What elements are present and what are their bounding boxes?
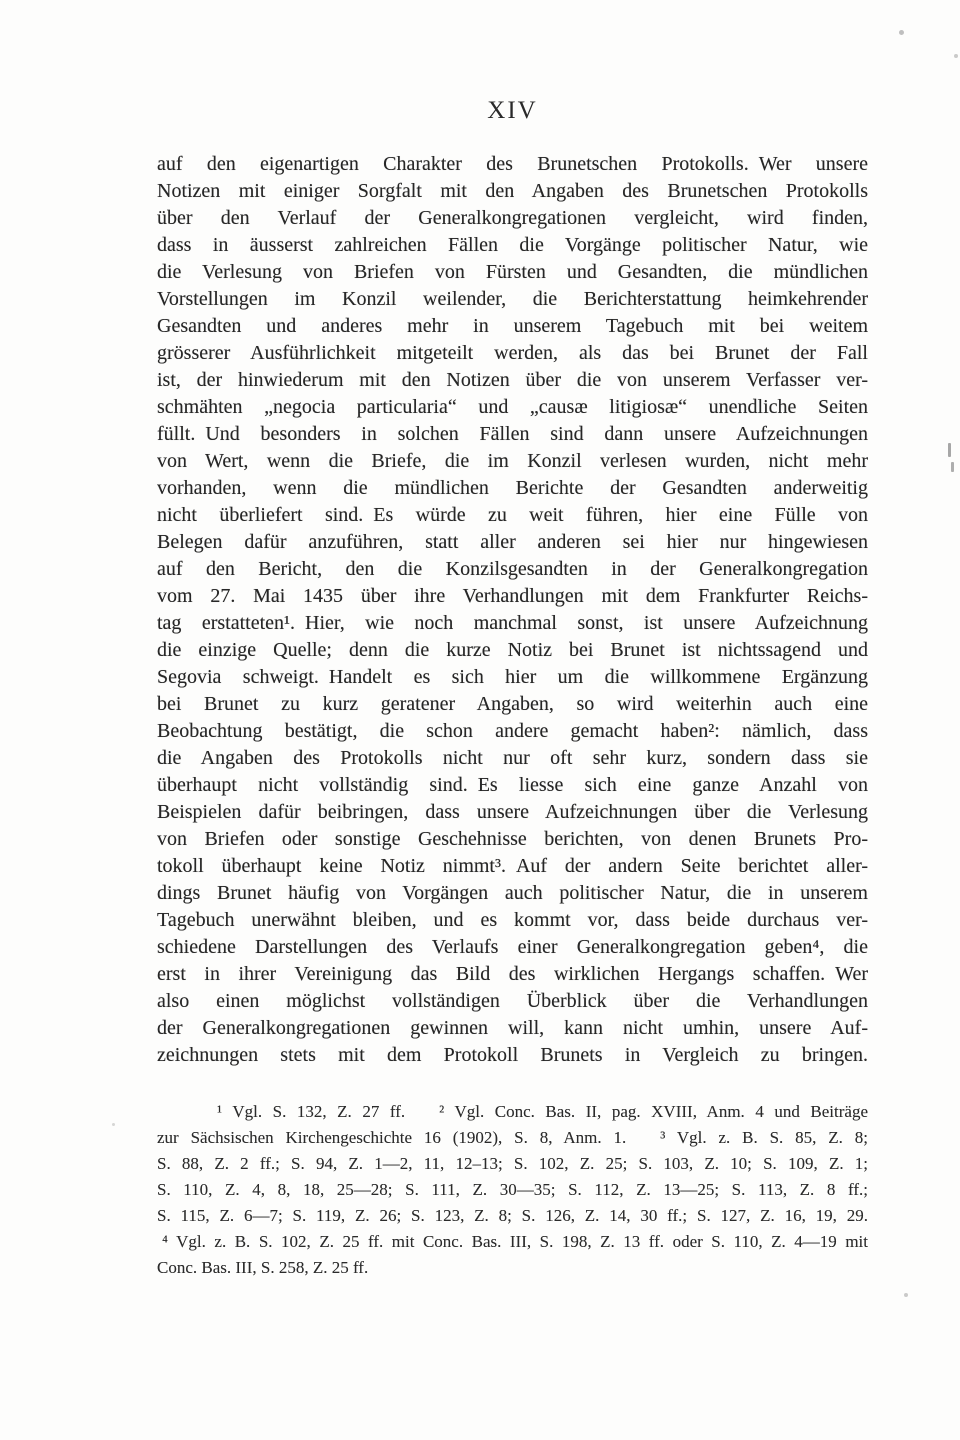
text-line: Belegen dafür anzuführen, statt aller an… bbox=[157, 529, 868, 556]
text-line: also einen möglichst vollständigen Überb… bbox=[157, 988, 868, 1015]
text-line: überhaupt nicht vollständig sind. Es lie… bbox=[157, 772, 868, 799]
text-line: grösserer Ausführlichkeit mitgeteilt wer… bbox=[157, 340, 868, 367]
text-line: die Verlesung von Briefen von Fürsten un… bbox=[157, 259, 868, 286]
body-text: auf den eigenartigen Charakter des Brune… bbox=[157, 151, 868, 1069]
text-line: S. 88, Z. 2 ff.; S. 94, Z. 1—2, 11, 12–1… bbox=[157, 1151, 868, 1177]
text-line: nicht überliefert sind. Es würde zu weit… bbox=[157, 502, 868, 529]
text-line: zeichnungen stets mit dem Protokoll Brun… bbox=[157, 1042, 868, 1069]
text-line: Conc. Bas. III, S. 258, Z. 25 ff. bbox=[157, 1255, 868, 1281]
scan-speck bbox=[904, 1293, 908, 1297]
text-line: schmähten „negocia particularia“ und „ca… bbox=[157, 394, 868, 421]
text-line: vom 27. Mai 1435 über ihre Verhandlungen… bbox=[157, 583, 868, 610]
text-line: S. 115, Z. 6—7; S. 119, Z. 26; S. 123, Z… bbox=[157, 1203, 868, 1229]
text-line: ¹ Vgl. S. 132, Z. 27 ff. ² Vgl. Conc. Ba… bbox=[157, 1099, 868, 1125]
text-line: auf den Bericht, den die Konzilsgesandte… bbox=[157, 556, 868, 583]
footnote-block: ¹ Vgl. S. 132, Z. 27 ff. ² Vgl. Conc. Ba… bbox=[157, 1099, 868, 1281]
text-line: Beobachtung bestätigt, die schon andere … bbox=[157, 718, 868, 745]
text-line: tokoll überhaupt keine Notiz nimmt³. Auf… bbox=[157, 853, 868, 880]
text-line: Segovia schweigt. Handelt es sich hier u… bbox=[157, 664, 868, 691]
text-line: Beispielen dafür beibringen, dass unsere… bbox=[157, 799, 868, 826]
scan-speck bbox=[899, 30, 904, 35]
text-line: tag erstatteten¹. Hier, wie noch manchma… bbox=[157, 610, 868, 637]
text-line: Notizen mit einiger Sorgfalt mit den Ang… bbox=[157, 178, 868, 205]
text-line: dings Brunet häufig von Vorgängen auch p… bbox=[157, 880, 868, 907]
text-line: ist, der hinwiederum mit den Notizen übe… bbox=[157, 367, 868, 394]
text-line: von Wert, wenn die Briefe, die im Konzil… bbox=[157, 448, 868, 475]
text-line: von Briefen oder sonstige Geschehnisse b… bbox=[157, 826, 868, 853]
text-line: S. 110, Z. 4, 8, 18, 25—28; S. 111, Z. 3… bbox=[157, 1177, 868, 1203]
text-line: der Generalkongregationen gewinnen will,… bbox=[157, 1015, 868, 1042]
text-line: die Angaben des Protokolls nicht nur oft… bbox=[157, 745, 868, 772]
text-line: schiedene Darstellungen des Verlaufs ein… bbox=[157, 934, 868, 961]
scan-speck bbox=[112, 1123, 115, 1126]
text-line: Vorstellungen im Konzil weilender, die B… bbox=[157, 286, 868, 313]
text-line: füllt. Und besonders in solchen Fällen s… bbox=[157, 421, 868, 448]
text-line: zur Sächsischen Kirchengeschichte 16 (19… bbox=[157, 1125, 868, 1151]
text-line: dass in äusserst zahlreichen Fällen die … bbox=[157, 232, 868, 259]
text-line: erst in ihrer Vereinigung das Bild des w… bbox=[157, 961, 868, 988]
text-line: bei Brunet zu kurz geratener Angaben, so… bbox=[157, 691, 868, 718]
text-line: die einzige Quelle; denn die kurze Notiz… bbox=[157, 637, 868, 664]
text-line: vorhanden, wenn die mündlichen Berichte … bbox=[157, 475, 868, 502]
text-line: Gesandten und anderes mehr in unserem Ta… bbox=[157, 313, 868, 340]
text-line: auf den eigenartigen Charakter des Brune… bbox=[157, 151, 868, 178]
book-page: XIV auf den eigenartigen Charakter des B… bbox=[0, 0, 960, 1440]
scan-speck bbox=[948, 443, 951, 457]
page-number: XIV bbox=[157, 97, 868, 125]
text-line: ⁴ Vgl. z. B. S. 102, Z. 25 ff. mit Conc.… bbox=[157, 1229, 868, 1255]
scan-speck bbox=[951, 462, 954, 472]
scan-speck bbox=[954, 54, 958, 58]
text-line: Tagebuch unerwähnt bleiben, und es kommt… bbox=[157, 907, 868, 934]
text-line: über den Verlauf der Generalkongregation… bbox=[157, 205, 868, 232]
